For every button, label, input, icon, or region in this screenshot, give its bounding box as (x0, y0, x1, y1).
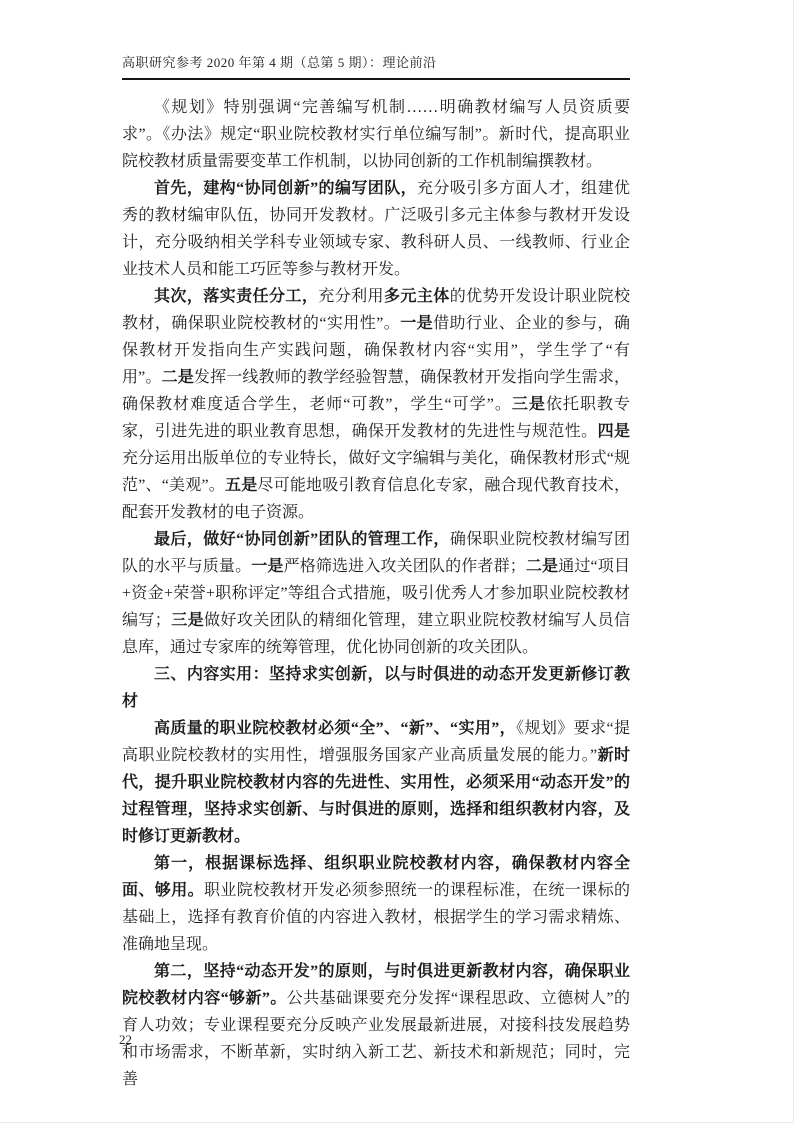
paragraph: 第二，坚持“动态开发”的原则，与时俱进更新教材内容，确保职业院校教材内容“够新”… (122, 958, 630, 1093)
page-number: 22 (119, 1032, 132, 1048)
article-body: 《规划》特别强调“完善编写机制……明确教材编写人员资质要求”。《办法》规定“职业… (122, 94, 630, 1093)
journal-title: 高职研究参考 2020 年第 4 期（总第 5 期）：理论前沿 (122, 55, 437, 70)
text-run: 《规划》特别强调“完善编写机制……明确教材编写人员资质要求”。《办法》规定“职业… (122, 99, 630, 170)
bold-text-run: 二是 (526, 558, 558, 575)
bold-text-run: 一是 (400, 315, 433, 332)
document-page: 高职研究参考 2020 年第 4 期（总第 5 期）：理论前沿 《规划》特别强调… (0, 0, 794, 1123)
bold-text-run: 一是 (251, 558, 283, 575)
paragraph: 其次，落实责任分工，充分利用多元主体的优势开发设计职业院校教材，确保职业院校教材… (122, 283, 630, 526)
bold-text-run: 其次，落实责任分工， (154, 288, 318, 305)
section-heading: 三、内容实用：坚持求实创新，以与时俱进的动态开发更新修订教材 (122, 661, 630, 715)
paragraph: 《规划》特别强调“完善编写机制……明确教材编写人员资质要求”。《办法》规定“职业… (122, 94, 630, 175)
paragraph: 首先，建构“协同创新”的编写团队，充分吸引多方面人才，组建优秀的教材编审队伍，协… (122, 175, 630, 283)
paragraph: 最后，做好“协同创新”团队的管理工作，确保职业院校教材编写团队的水平与质量。一是… (122, 526, 630, 661)
paragraph: 第一，根据课标选择、组织职业院校教材内容，确保教材内容全面、够用。职业院校教材开… (122, 850, 630, 958)
text-run: 严格筛选进入攻关团队的作者群； (284, 558, 526, 575)
text-run: 充分利用 (318, 288, 384, 305)
bold-text-run: 多元主体 (384, 288, 450, 305)
bold-text-run: 最后，做好“协同创新”团队的管理工作， (154, 531, 450, 548)
bold-text-run: 五是 (225, 477, 257, 494)
bold-text-run: 三是 (171, 612, 204, 629)
bold-text-run: 三是 (512, 396, 546, 413)
bold-text-run: 三、内容实用：坚持求实创新，以与时俱进的动态开发更新修订教材 (122, 666, 630, 710)
page-header: 高职研究参考 2020 年第 4 期（总第 5 期）：理论前沿 (122, 52, 630, 80)
paragraph: 高质量的职业院校教材必须“全”、“新”、“实用”，《规划》要求“提高职业院校教材… (122, 715, 630, 850)
bold-text-run: 二是 (162, 369, 194, 386)
bold-text-run: 高质量的职业院校教材必须“全”、“新”、“实用”， (154, 720, 516, 737)
bold-text-run: 首先，建构“协同创新”的编写团队， (154, 180, 417, 197)
bold-text-run: 四是 (598, 423, 630, 440)
